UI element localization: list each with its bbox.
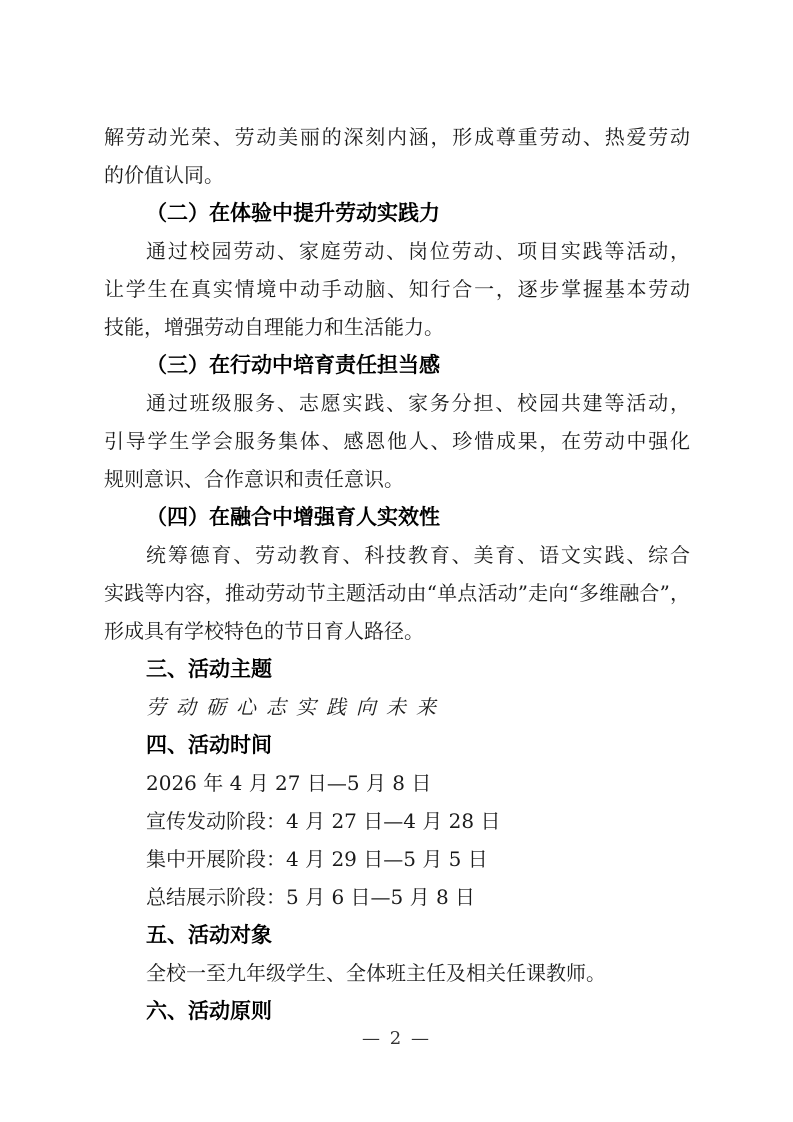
paragraph-line: 统筹德育、劳动教育、科技教育、美育、语文实践、综合 — [104, 536, 690, 574]
paragraph-line: 通过校园劳动、家庭劳动、岗位劳动、项目实践等活动， — [104, 232, 690, 270]
section-heading-theme: 三、活动主题 — [104, 650, 690, 688]
date-range-stage-3: 总结展示阶段：5 月 6 日—5 月 8 日 — [104, 878, 690, 916]
paragraph-line: 让学生在真实情境中动手动脑、知行合一，逐步掌握基本劳动 — [104, 270, 690, 308]
subsection-heading-3: （三）在行动中培育责任担当感 — [104, 346, 690, 384]
section-heading-audience: 五、活动对象 — [104, 916, 690, 954]
date-range-stage-1: 宣传发动阶段：4 月 27 日—4 月 28 日 — [104, 802, 690, 840]
date-range-overall: 2026 年 4 月 27 日—5 月 8 日 — [104, 764, 690, 802]
date-range-stage-2: 集中开展阶段：4 月 29 日—5 月 5 日 — [104, 840, 690, 878]
section-heading-principles: 六、活动原则 — [104, 992, 690, 1030]
document-page: 解劳动光荣、劳动美丽的深刻内涵，形成尊重劳动、热爱劳动 的价值认同。 （二）在体… — [0, 0, 793, 1122]
paragraph-line: 实践等内容，推动劳动节主题活动由“单点活动”走向“多维融合”， — [104, 574, 690, 612]
paragraph-line: 的价值认同。 — [104, 156, 690, 194]
paragraph-line: 通过班级服务、志愿实践、家务分担、校园共建等活动， — [104, 384, 690, 422]
page-number: — 2 — — [0, 1028, 793, 1049]
paragraph-line: 形成具有学校特色的节日育人路径。 — [104, 612, 690, 650]
activity-theme-text: 劳动砺心志实践向未来 — [104, 688, 690, 726]
paragraph-line: 引导学生学会服务集体、感恩他人、珍惜成果，在劳动中强化 — [104, 422, 690, 460]
document-body: 解劳动光荣、劳动美丽的深刻内涵，形成尊重劳动、热爱劳动 的价值认同。 （二）在体… — [104, 118, 690, 1030]
paragraph-line: 解劳动光荣、劳动美丽的深刻内涵，形成尊重劳动、热爱劳动 — [104, 118, 690, 156]
paragraph-line: 技能，增强劳动自理能力和生活能力。 — [104, 308, 690, 346]
paragraph-line: 全校一至九年级学生、全体班主任及相关任课教师。 — [104, 954, 690, 992]
subsection-heading-2: （二）在体验中提升劳动实践力 — [104, 194, 690, 232]
section-heading-time: 四、活动时间 — [104, 726, 690, 764]
paragraph-line: 规则意识、合作意识和责任意识。 — [104, 460, 690, 498]
subsection-heading-4: （四）在融合中增强育人实效性 — [104, 498, 690, 536]
